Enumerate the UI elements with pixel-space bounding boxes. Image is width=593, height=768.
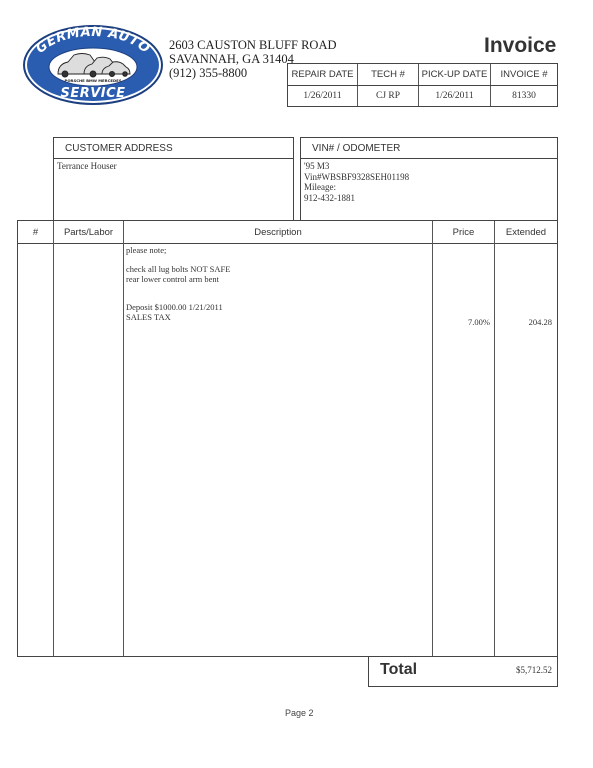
company-logo: GERMAN AUTO PORSCHE BMW MERCEDES SERVICE xyxy=(22,24,164,106)
description-lines: please note; check all lug bolts NOT SAF… xyxy=(126,246,230,322)
vin-odometer-heading: VIN# / ODOMETER xyxy=(301,138,557,159)
column-divider xyxy=(494,221,495,656)
logo-middle-text: PORSCHE BMW MERCEDES xyxy=(65,78,122,83)
vin-odometer-box: VIN# / ODOMETER '95 M3 Vin#WBSBF9328SEH0… xyxy=(300,137,558,221)
pickup-date-value: 1/26/2011 xyxy=(419,86,491,106)
repair-date-value: 1/26/2011 xyxy=(288,86,358,106)
address-line-1: 2603 CAUSTON BLUFF ROAD xyxy=(169,38,337,52)
column-header-price: Price xyxy=(433,221,494,243)
column-header-number: # xyxy=(18,221,53,243)
description-line: please note; xyxy=(126,246,230,256)
header-repair-date: REPAIR DATE xyxy=(288,64,358,85)
header-pickup-date: PICK-UP DATE xyxy=(419,64,491,85)
invoice-number-value: 81330 xyxy=(491,86,557,106)
vin-odometer-body: '95 M3 Vin#WBSBF9328SEH01198 Mileage: 91… xyxy=(301,159,557,205)
sales-tax-extended: 204.28 xyxy=(495,317,552,327)
tech-value: CJ RP xyxy=(358,86,419,106)
column-divider xyxy=(432,221,433,656)
customer-address-heading: CUSTOMER ADDRESS xyxy=(54,138,293,159)
header-tech: TECH # xyxy=(358,64,419,85)
customer-address-box: CUSTOMER ADDRESS Terrance Houser xyxy=(53,137,294,221)
column-header-parts-labor: Parts/Labor xyxy=(54,221,123,243)
sales-tax-rate: 7.00% xyxy=(433,317,490,327)
total-box: Total $5,712.52 xyxy=(368,656,558,687)
total-value: $5,712.52 xyxy=(516,665,552,675)
header-invoice-number: INVOICE # xyxy=(491,64,557,85)
customer-address-body: Terrance Houser xyxy=(54,159,293,174)
column-divider xyxy=(123,221,124,656)
customer-name: Terrance Houser xyxy=(57,161,290,172)
logo-bottom-text: SERVICE xyxy=(60,86,125,101)
description-line: SALES TAX xyxy=(126,313,230,323)
total-label: Total xyxy=(380,661,417,679)
vehicle-model: '95 M3 xyxy=(304,161,554,172)
invoice-info-table: REPAIR DATE TECH # PICK-UP DATE INVOICE … xyxy=(287,63,558,107)
description-line: rear lower control arm bent xyxy=(126,275,230,285)
vehicle-mileage: Mileage: xyxy=(304,182,554,193)
description-line xyxy=(126,284,230,294)
column-header-extended: Extended xyxy=(495,221,557,243)
document-title: Invoice xyxy=(484,34,556,58)
vehicle-phone: 912-432-1881 xyxy=(304,193,554,204)
column-divider xyxy=(53,221,54,656)
vehicle-vin: Vin#WBSBF9328SEH01198 xyxy=(304,172,554,183)
column-header-description: Description xyxy=(124,221,432,243)
page-number: Page 2 xyxy=(285,708,314,718)
line-items-table: # Parts/Labor Description Price Extended… xyxy=(17,220,558,657)
